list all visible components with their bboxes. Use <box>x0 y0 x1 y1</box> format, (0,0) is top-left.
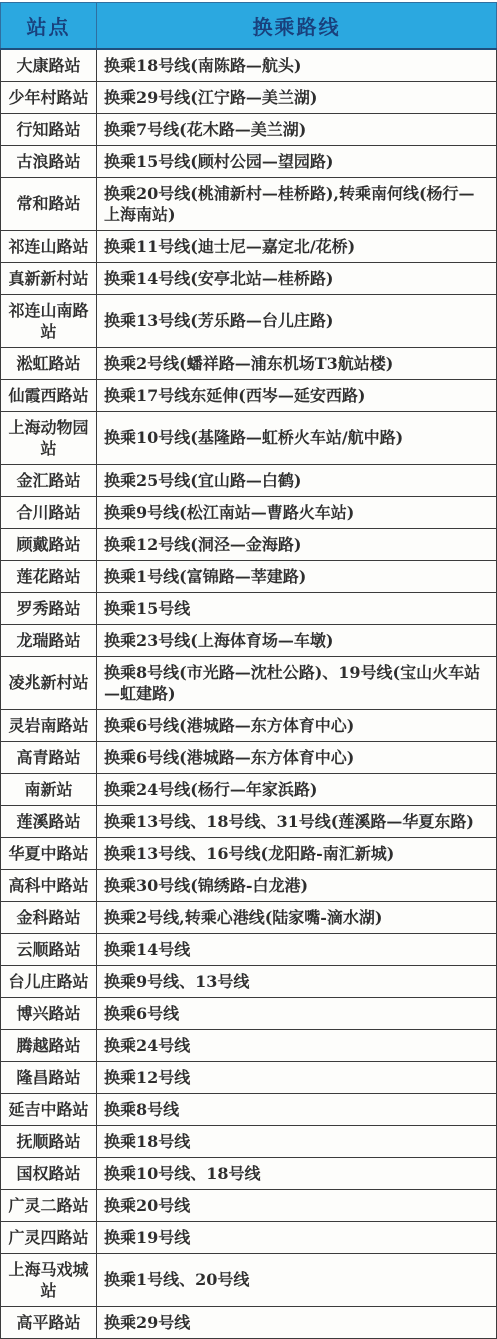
route-cell: 换乘23号线(上海体育场—车墩) <box>97 624 497 656</box>
station-cell: 罗秀路站 <box>1 592 97 624</box>
station-cell: 金汇路站 <box>1 464 97 496</box>
table-row: 上海动物园站换乘10号线(基隆路—虹桥火车站/航中路) <box>1 411 497 464</box>
route-cell: 换乘13号线、18号线、31号线(莲溪路—华夏东路) <box>97 805 497 837</box>
station-cell: 广灵二路站 <box>1 1189 97 1221</box>
route-cell: 换乘6号线(港城路—东方体育中心) <box>97 709 497 741</box>
station-cell: 高科中路站 <box>1 869 97 901</box>
station-cell: 祁连山南路站 <box>1 294 97 347</box>
table-row: 博兴路站换乘6号线 <box>1 997 497 1029</box>
route-cell: 换乘1号线(富锦路—莘建路) <box>97 560 497 592</box>
route-cell: 换乘20号线 <box>97 1189 497 1221</box>
table-row: 古浪路站换乘15号线(顾村公园—望园路) <box>1 145 497 177</box>
station-cell: 少年村路站 <box>1 81 97 113</box>
table-row: 莲溪路站换乘13号线、18号线、31号线(莲溪路—华夏东路) <box>1 805 497 837</box>
station-cell: 大康路站 <box>1 49 97 82</box>
route-cell: 换乘14号线 <box>97 933 497 965</box>
table-row: 仙霞西路站换乘17号线东延伸(西岑—延安西路) <box>1 379 497 411</box>
table-row: 延吉中路站换乘8号线 <box>1 1093 497 1125</box>
table-row: 罗秀路站换乘15号线 <box>1 592 497 624</box>
table-row: 行知路站换乘7号线(花木路—美兰湖) <box>1 113 497 145</box>
transfer-table: 站点 换乘路线 大康路站换乘18号线(南陈路—航头) 少年村路站换乘29号线(江… <box>0 2 497 1339</box>
table-row: 凌兆新村站换乘8号线(市光路—沈杜公路)、19号线(宝山火车站—虹建路) <box>1 656 497 709</box>
table-row: 金科路站换乘2号线,转乘心港线(陆家嘴-滴水湖) <box>1 901 497 933</box>
route-cell: 换乘11号线(迪士尼—嘉定北/花桥) <box>97 230 497 262</box>
table-row: 龙瑞路站换乘23号线(上海体育场—车墩) <box>1 624 497 656</box>
station-cell: 龙瑞路站 <box>1 624 97 656</box>
table-row: 淞虹路站换乘2号线(蟠祥路—浦东机场T3航站楼) <box>1 347 497 379</box>
route-cell: 换乘1号线、20号线 <box>97 1253 497 1306</box>
route-cell: 换乘19号线 <box>97 1221 497 1253</box>
station-cell: 莲花路站 <box>1 560 97 592</box>
station-cell: 合川路站 <box>1 496 97 528</box>
route-cell: 换乘29号线(江宁路—美兰湖) <box>97 81 497 113</box>
station-cell: 南新站 <box>1 773 97 805</box>
table-row: 真新新村站换乘14号线(安亭北站—桂桥路) <box>1 262 497 294</box>
station-cell: 行知路站 <box>1 113 97 145</box>
route-cell: 换乘14号线(安亭北站—桂桥路) <box>97 262 497 294</box>
station-cell: 莲溪路站 <box>1 805 97 837</box>
table-row: 大康路站换乘18号线(南陈路—航头) <box>1 49 497 82</box>
table-row: 南新站换乘24号线(杨行—年家浜路) <box>1 773 497 805</box>
station-cell: 祁连山路站 <box>1 230 97 262</box>
route-cell: 换乘8号线 <box>97 1093 497 1125</box>
table-row: 高青路站换乘6号线(港城路—东方体育中心) <box>1 741 497 773</box>
route-cell: 换乘7号线(花木路—美兰湖) <box>97 113 497 145</box>
table-row: 隆昌路站换乘12号线 <box>1 1061 497 1093</box>
route-cell: 换乘10号线(基隆路—虹桥火车站/航中路) <box>97 411 497 464</box>
route-cell: 换乘20号线(桃浦新村—桂桥路),转乘南何线(杨行—上海南站) <box>97 177 497 230</box>
station-cell: 隆昌路站 <box>1 1061 97 1093</box>
station-cell: 灵岩南路站 <box>1 709 97 741</box>
table-body: 大康路站换乘18号线(南陈路—航头) 少年村路站换乘29号线(江宁路—美兰湖) … <box>1 49 497 1339</box>
route-cell: 换乘30号线(锦绣路-白龙港) <box>97 869 497 901</box>
table-row: 顾戴路站换乘12号线(洞泾—金海路) <box>1 528 497 560</box>
station-cell: 博兴路站 <box>1 997 97 1029</box>
station-column-header: 站点 <box>1 3 97 49</box>
station-cell: 抚顺路站 <box>1 1125 97 1157</box>
table-row: 国权路站换乘10号线、18号线 <box>1 1157 497 1189</box>
table-row: 莲花路站换乘1号线(富锦路—莘建路) <box>1 560 497 592</box>
route-cell: 换乘6号线(港城路—东方体育中心) <box>97 741 497 773</box>
station-cell: 真新新村站 <box>1 262 97 294</box>
route-column-header: 换乘路线 <box>97 3 497 49</box>
station-cell: 高平路站 <box>1 1306 97 1338</box>
station-cell: 凌兆新村站 <box>1 656 97 709</box>
station-cell: 腾越路站 <box>1 1029 97 1061</box>
table-header-row: 站点 换乘路线 <box>1 3 497 49</box>
route-cell: 换乘2号线(蟠祥路—浦东机场T3航站楼) <box>97 347 497 379</box>
route-cell: 换乘18号线 <box>97 1125 497 1157</box>
station-cell: 上海马戏城站 <box>1 1253 97 1306</box>
route-cell: 换乘12号线(洞泾—金海路) <box>97 528 497 560</box>
station-cell: 顾戴路站 <box>1 528 97 560</box>
station-cell: 常和路站 <box>1 177 97 230</box>
table-row: 广灵四路站换乘19号线 <box>1 1221 497 1253</box>
route-cell: 换乘15号线 <box>97 592 497 624</box>
table-row: 少年村路站换乘29号线(江宁路—美兰湖) <box>1 81 497 113</box>
station-cell: 上海动物园站 <box>1 411 97 464</box>
table-row: 常和路站换乘20号线(桃浦新村—桂桥路),转乘南何线(杨行—上海南站) <box>1 177 497 230</box>
station-cell: 古浪路站 <box>1 145 97 177</box>
route-cell: 换乘24号线 <box>97 1029 497 1061</box>
table-row: 抚顺路站换乘18号线 <box>1 1125 497 1157</box>
route-cell: 换乘13号线、16号线(龙阳路-南汇新城) <box>97 837 497 869</box>
route-cell: 换乘25号线(宜山路—白鹤) <box>97 464 497 496</box>
route-cell: 换乘10号线、18号线 <box>97 1157 497 1189</box>
station-cell: 国权路站 <box>1 1157 97 1189</box>
table-row: 云顺路站换乘14号线 <box>1 933 497 965</box>
table-row: 灵岩南路站换乘6号线(港城路—东方体育中心) <box>1 709 497 741</box>
route-cell: 换乘15号线(顾村公园—望园路) <box>97 145 497 177</box>
route-cell: 换乘18号线(南陈路—航头) <box>97 49 497 82</box>
route-cell: 换乘29号线 <box>97 1306 497 1338</box>
station-cell: 淞虹路站 <box>1 347 97 379</box>
route-cell: 换乘9号线(松江南站—曹路火车站) <box>97 496 497 528</box>
route-cell: 换乘9号线、13号线 <box>97 965 497 997</box>
station-cell: 华夏中路站 <box>1 837 97 869</box>
table-row: 腾越路站换乘24号线 <box>1 1029 497 1061</box>
table-row: 合川路站换乘9号线(松江南站—曹路火车站) <box>1 496 497 528</box>
route-cell: 换乘17号线东延伸(西岑—延安西路) <box>97 379 497 411</box>
table-row: 祁连山路站换乘11号线(迪士尼—嘉定北/花桥) <box>1 230 497 262</box>
station-cell: 金科路站 <box>1 901 97 933</box>
route-cell: 换乘12号线 <box>97 1061 497 1093</box>
table-row: 金汇路站换乘25号线(宜山路—白鹤) <box>1 464 497 496</box>
table-row: 台儿庄路站换乘9号线、13号线 <box>1 965 497 997</box>
route-cell: 换乘24号线(杨行—年家浜路) <box>97 773 497 805</box>
table-row: 祁连山南路站换乘13号线(芳乐路—台儿庄路) <box>1 294 497 347</box>
station-cell: 仙霞西路站 <box>1 379 97 411</box>
table-row: 华夏中路站换乘13号线、16号线(龙阳路-南汇新城) <box>1 837 497 869</box>
station-cell: 高青路站 <box>1 741 97 773</box>
table-row: 高平路站换乘29号线 <box>1 1306 497 1338</box>
station-cell: 广灵四路站 <box>1 1221 97 1253</box>
route-cell: 换乘8号线(市光路—沈杜公路)、19号线(宝山火车站—虹建路) <box>97 656 497 709</box>
station-cell: 延吉中路站 <box>1 1093 97 1125</box>
table-row: 广灵二路站换乘20号线 <box>1 1189 497 1221</box>
station-cell: 云顺路站 <box>1 933 97 965</box>
station-cell: 台儿庄路站 <box>1 965 97 997</box>
route-cell: 换乘6号线 <box>97 997 497 1029</box>
route-cell: 换乘13号线(芳乐路—台儿庄路) <box>97 294 497 347</box>
transfer-table-page: 站点 换乘路线 大康路站换乘18号线(南陈路—航头) 少年村路站换乘29号线(江… <box>0 0 497 1339</box>
route-cell: 换乘2号线,转乘心港线(陆家嘴-滴水湖) <box>97 901 497 933</box>
table-row: 高科中路站换乘30号线(锦绣路-白龙港) <box>1 869 497 901</box>
